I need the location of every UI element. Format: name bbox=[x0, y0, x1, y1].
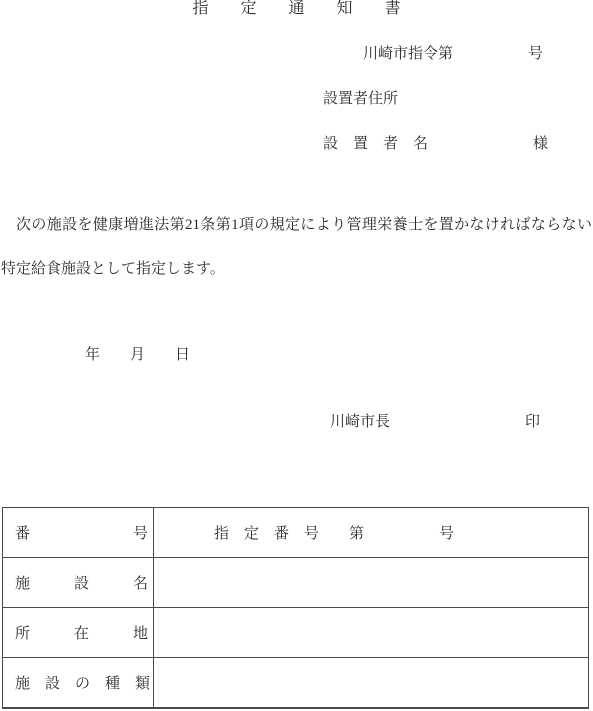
row-value-facility-type bbox=[154, 658, 589, 709]
designation-table: 番 号 指 定 番 号 第 号 施 設 名 所 在 地 施 設 の 種 類 bbox=[2, 507, 589, 709]
table-row-number: 番 号 指 定 番 号 第 号 bbox=[3, 508, 589, 558]
row-label-location: 所 在 地 bbox=[3, 608, 154, 658]
row-label-facility-name: 施 設 名 bbox=[3, 558, 154, 608]
row-value-location bbox=[154, 608, 589, 658]
installer-name-line: 設 置 者 名 様 bbox=[323, 136, 548, 153]
table-row-location: 所 在 地 bbox=[3, 608, 589, 658]
table-row-facility-name: 施 設 名 bbox=[3, 558, 589, 608]
row-value-facility-name bbox=[154, 558, 589, 608]
notice-body: 次の施設を健康増進法第21条第1項の規定により管理栄養士を置かなければならない特… bbox=[1, 203, 592, 291]
row-label-number: 番 号 bbox=[3, 508, 154, 558]
row-value-number: 指 定 番 号 第 号 bbox=[154, 508, 589, 558]
page-title: 指 定 通 知 書 bbox=[0, 0, 593, 18]
table-row-facility-type: 施 設 の 種 類 bbox=[3, 658, 589, 709]
mayor-seal-line: 川崎市長 印 bbox=[330, 414, 540, 431]
date-line: 年 月 日 bbox=[85, 347, 190, 364]
row-label-facility-type: 施 設 の 種 類 bbox=[3, 658, 154, 709]
directive-number-line: 川崎市指令第 号 bbox=[363, 46, 543, 63]
installer-address-label: 設置者住所 bbox=[323, 91, 398, 108]
document-page: 指 定 通 知 書 川崎市指令第 号 設置者住所 設 置 者 名 様 次の施設を… bbox=[0, 0, 593, 711]
